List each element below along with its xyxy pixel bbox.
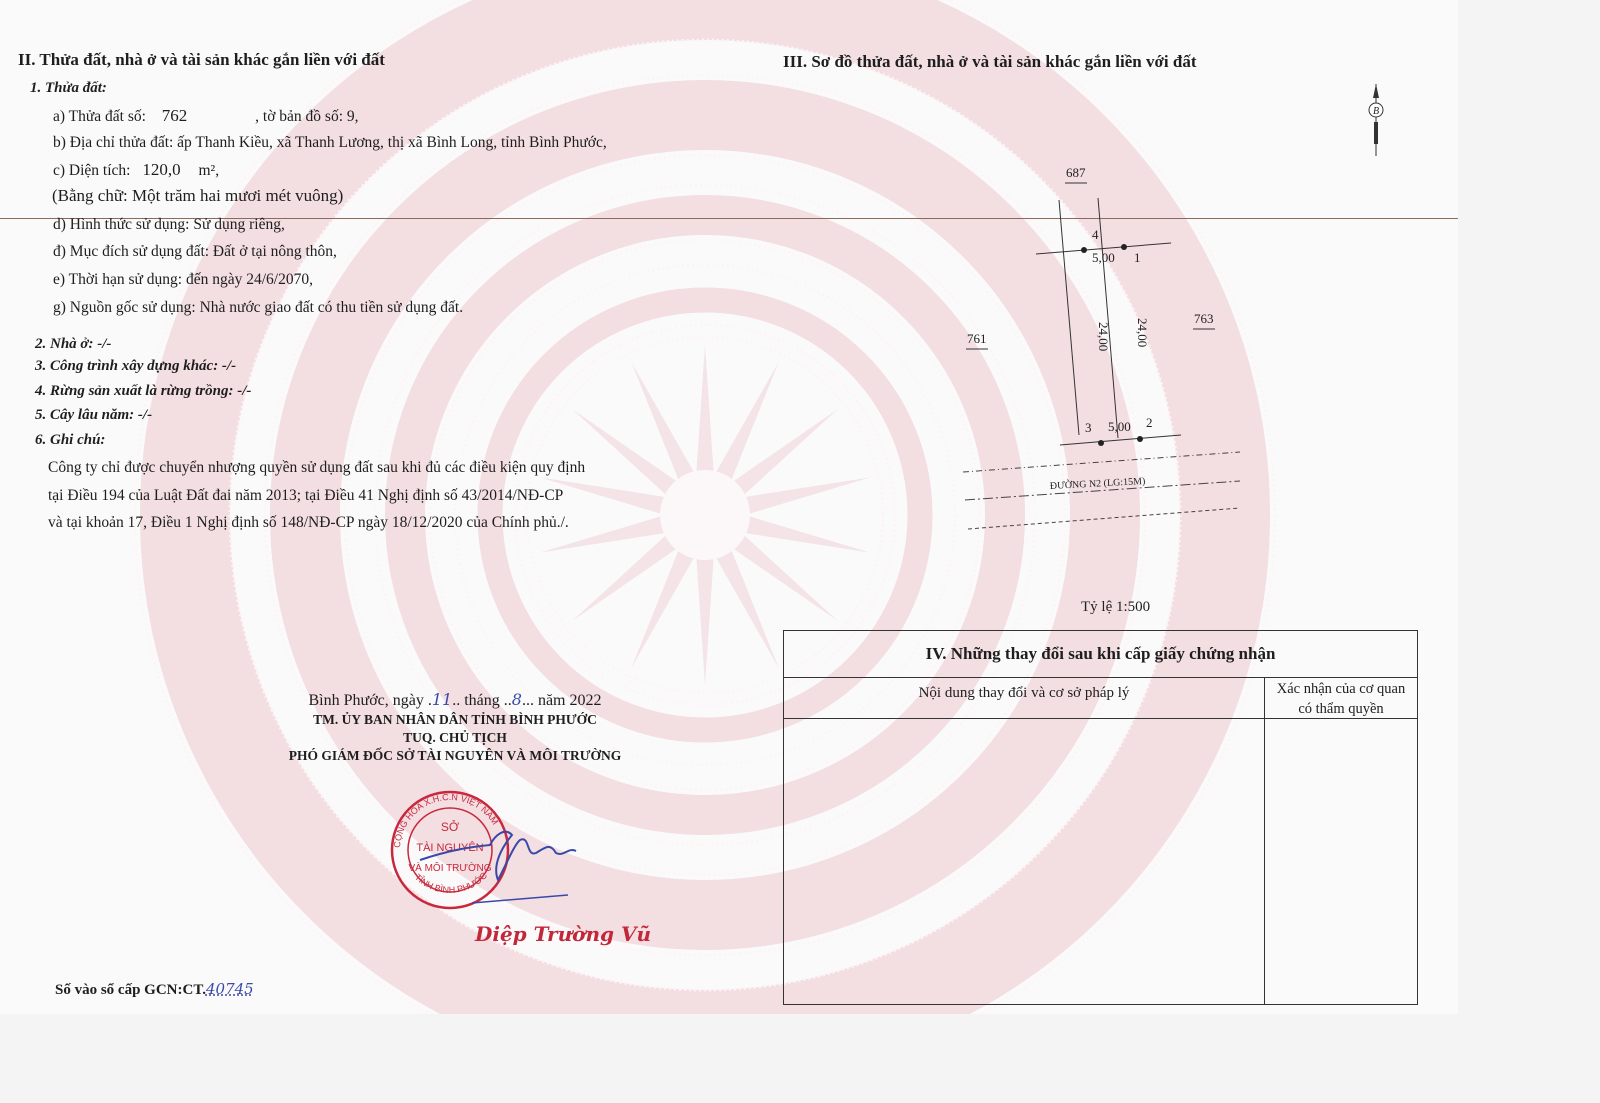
svg-text:Tỷ lệ 1:500: Tỷ lệ 1:500 (1081, 599, 1150, 615)
authorization: TUQ. CHỦ TỊCH (255, 730, 655, 746)
svg-text:687: 687 (1066, 165, 1086, 180)
parcel-diagram: B 4 1 3 2 5,00 5,00 24,00 24,00 687 761 … (0, 0, 1458, 640)
svg-text:761: 761 (967, 331, 987, 346)
registry-label: Số vào sổ cấp GCN:CT. (55, 982, 206, 998)
svg-text:4: 4 (1092, 227, 1099, 242)
section-4-title: IV. Những thay đổi sau khi cấp giấy chứn… (784, 631, 1417, 678)
column-header-line-2: có thẩm quyền (1265, 699, 1417, 719)
svg-text:5,00: 5,00 (1108, 419, 1131, 434)
changes-table: IV. Những thay đổi sau khi cấp giấy chứn… (783, 630, 1418, 1005)
column-header-change-content: Nội dung thay đổi và cơ sở pháp lý (784, 677, 1264, 719)
svg-text:B: B (1373, 106, 1379, 117)
north-arrow-icon: B (1369, 84, 1383, 156)
issue-date: Bình Phước, ngày .11.. tháng ..8... năm … (255, 690, 655, 710)
column-divider (1264, 719, 1418, 1004)
registry-value: 40745 (206, 980, 254, 998)
official-stamp: CỘNG HÒA X.H.C.N VIỆT NAM TỈNH BÌNH PHƯỚ… (380, 785, 620, 925)
svg-text:2: 2 (1146, 415, 1153, 430)
signature-block: Bình Phước, ngày .11.. tháng ..8... năm … (255, 690, 655, 764)
svg-text:24,00: 24,00 (1096, 322, 1111, 351)
svg-text:SỞ: SỞ (441, 819, 460, 834)
column-header-line-1: Xác nhận của cơ quan (1265, 679, 1417, 699)
issue-day: 11 (432, 690, 452, 709)
svg-text:3: 3 (1085, 420, 1092, 435)
svg-text:ĐƯỜNG N2 (LG:15M): ĐƯỜNG N2 (LG:15M) (1050, 475, 1146, 492)
svg-text:5,00: 5,00 (1092, 250, 1115, 265)
date-prefix: Bình Phước, ngày (309, 692, 424, 709)
svg-text:1: 1 (1134, 250, 1141, 265)
registry-number: Số vào sổ cấp GCN:CT.40745 (55, 980, 254, 999)
month-label: tháng (464, 692, 500, 709)
signer-title: PHÓ GIÁM ĐỐC SỞ TÀI NGUYÊN VÀ MÔI TRƯỜNG (255, 748, 655, 764)
svg-text:VÀ MÔI TRƯỜNG: VÀ MÔI TRƯỜNG (408, 861, 491, 874)
svg-text:763: 763 (1194, 311, 1214, 326)
issue-year: năm 2022 (538, 692, 602, 709)
certificate-page: II. Thửa đất, nhà ở và tài sản khác gắn … (0, 0, 1458, 1014)
signer-name: Diệp Trường Vũ (475, 922, 651, 946)
column-header-authority-confirmation: Xác nhận của cơ quan có thẩm quyền (1264, 677, 1417, 719)
issuing-authority: TM. ỦY BAN NHÂN DÂN TỈNH BÌNH PHƯỚC (255, 712, 655, 728)
issue-month: 8 (512, 690, 522, 709)
svg-text:24,00: 24,00 (1135, 318, 1150, 347)
